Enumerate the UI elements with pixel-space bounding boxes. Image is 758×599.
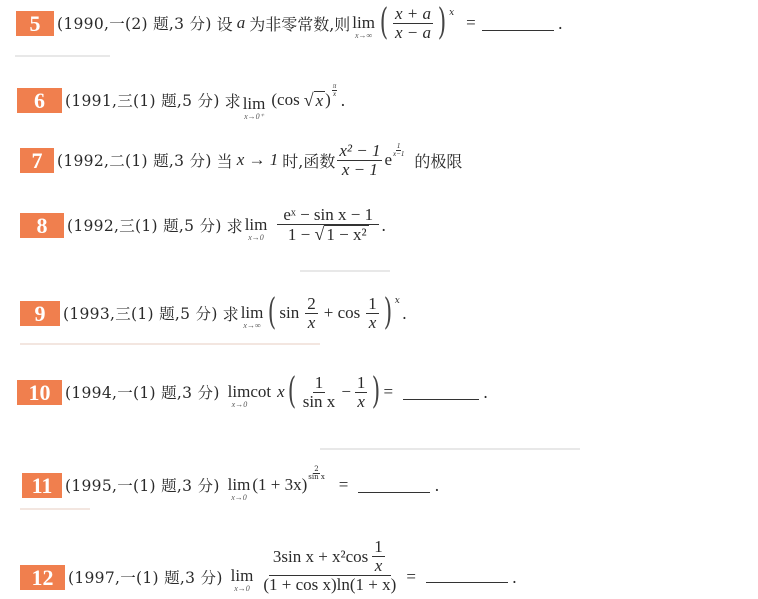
problem-number-badge: 10 [17, 380, 62, 405]
problem-text: 求 [227, 214, 243, 237]
sqrt-arg: 1 − x² [324, 225, 368, 243]
denominator: x [306, 314, 318, 332]
period: . [340, 91, 345, 110]
period: . [402, 304, 407, 323]
fraction: 1 x [366, 295, 379, 332]
problem-source: (1992,三(1) 题,5 分) [67, 214, 222, 236]
left-paren: ( [380, 5, 388, 41]
exponent-fraction: 2 sin x [308, 466, 325, 481]
fraction: 1 x [355, 374, 368, 411]
limit-operator: lim x→0 [228, 476, 251, 502]
equals-sign: = [466, 13, 476, 33]
problem-number-badge: 7 [20, 148, 54, 173]
problem-text: 的极限 [414, 149, 462, 172]
numerator: x² − 1 [337, 142, 382, 161]
sqrt: √x [304, 91, 325, 109]
sin-label: sin [279, 303, 299, 323]
period: . [512, 568, 517, 587]
problem-9: 9 (1993,三(1) 题,5 分) 求 lim x→∞ ( sin 2 x … [20, 288, 407, 338]
denominator: (1 + cos x)ln(1 + x) [261, 576, 398, 594]
lim-label: lim [241, 304, 264, 321]
denominator: 1 − √1 − x² [286, 225, 371, 244]
limit-operator: lim x→0⁺ [243, 95, 266, 121]
right-paren: ) [384, 295, 392, 331]
period: . [558, 14, 563, 33]
lim-label: lim [231, 567, 254, 584]
period: . [434, 476, 439, 495]
problem-number-badge: 8 [20, 213, 64, 238]
problem-source: (1995,一(1) 题,3 分) [65, 474, 220, 496]
problem-text: 设 [217, 12, 233, 35]
limit-operator: limcot x→0 [228, 383, 271, 409]
problem-source: (1997,一(1) 题,3 分) [68, 566, 223, 588]
sqrt-arg: x [314, 91, 326, 109]
lim-subscript: x→0 [231, 493, 247, 502]
fraction: 3sin x + x²cos 1 x (1 + cos x)ln(1 + x) [261, 538, 398, 594]
problem-11: 11 (1995,一(1) 题,3 分) lim x→0 (1 + 3x) 2 … [22, 465, 439, 505]
numerator-text: 3sin x + x²cos [273, 548, 368, 566]
problem-5: 5 (1990,一(2) 题,3 分) 设 a 为非零常数,则 lim x→∞ … [16, 4, 563, 42]
problem-number-badge: 12 [20, 565, 65, 590]
bleed-artifact [20, 508, 90, 510]
exponent-fraction: 1 x−1 [393, 143, 404, 158]
limit-operator: lim x→0 [231, 567, 254, 593]
limit-operator: lim x→∞ [241, 304, 264, 330]
problem-6: 6 (1991,三(1) 题,5 分) 求 lim x→0⁺ (cos √x )… [17, 80, 345, 120]
plus-cos: + cos [324, 303, 361, 323]
fraction: 1 sin x [301, 374, 338, 411]
limit-operator: lim x→∞ [352, 14, 375, 40]
problem-source: (1990,一(2) 题,3 分) [57, 12, 212, 34]
exponent: x [395, 296, 400, 306]
exp-denominator: x [333, 91, 336, 98]
numerator: 3sin x + x²cos 1 x [269, 538, 391, 576]
problem-text: 当 [217, 149, 233, 172]
problem-8: 8 (1992,三(1) 题,5 分) 求 lim x→0 eˣ − sin x… [20, 200, 386, 250]
answer-blank[interactable] [403, 385, 479, 400]
problem-source: (1991,三(1) 题,5 分) [65, 89, 220, 111]
lim-subscript: x→0⁺ [244, 112, 264, 121]
bleed-artifact [300, 270, 390, 272]
problem-7: 7 (1992,二(1) 题,3 分) 当 x → 1 时,函数 x² − 1 … [20, 140, 462, 180]
lim-subscript: x→0 [234, 584, 250, 593]
condition: x → 1 [237, 150, 279, 170]
fraction: eˣ − sin x − 1 1 − √1 − x² [277, 206, 379, 244]
bleed-artifact [320, 448, 580, 450]
denominator: x − a [393, 24, 433, 42]
equals-sign: = [406, 567, 416, 587]
problem-source: (1992,二(1) 题,3 分) [57, 149, 212, 171]
left-paren: ( [268, 295, 276, 331]
problem-text: 求 [225, 89, 241, 112]
numerator: x + a [393, 5, 433, 24]
problem-source: (1993,三(1) 题,5 分) [63, 302, 218, 324]
problem-number-badge: 5 [16, 11, 54, 36]
numerator: 1 [313, 374, 326, 393]
denominator: sin x [301, 393, 338, 411]
numerator: 2 [305, 295, 318, 314]
denominator: x − 1 [340, 161, 380, 179]
exponent-fraction: π x [332, 83, 338, 98]
numerator: eˣ − sin x − 1 [277, 206, 379, 225]
fraction: 2 x [305, 295, 318, 332]
bleed-artifact [15, 55, 110, 57]
lim-subscript: x→∞ [243, 321, 260, 330]
problem-12: 12 (1997,一(1) 题,3 分) lim x→0 3sin x + x²… [20, 535, 517, 597]
left-paren: ( [287, 374, 295, 410]
variable-a: a [237, 13, 246, 33]
minus-sign: − [341, 382, 351, 402]
bleed-artifact [20, 343, 320, 345]
exponent: x [449, 8, 454, 18]
problem-number-badge: 6 [17, 88, 62, 113]
lim-subscript: x→0 [232, 400, 248, 409]
problem-10: 10 (1994,一(1) 题,3 分) limcot x→0 x ( 1 si… [17, 370, 488, 414]
problem-number-badge: 11 [22, 473, 62, 498]
denominator: x [355, 393, 367, 411]
exp-base: e [384, 150, 392, 170]
inner-numerator: 1 [372, 538, 385, 557]
problem-text: 为非零常数,则 [249, 12, 350, 35]
inner-denominator: x [373, 557, 385, 575]
limit-body: (1 + 3x) [252, 475, 307, 495]
right-paren: ) [438, 5, 446, 41]
numerator: 1 [355, 374, 368, 393]
fraction: x + a x − a [393, 5, 433, 42]
denominator: x [367, 314, 379, 332]
lim-label: lim [352, 14, 375, 31]
lim-label: lim [243, 95, 266, 112]
equals-sign: = [339, 475, 349, 495]
period: . [381, 216, 386, 235]
problem-source: (1994,一(1) 题,3 分) [65, 381, 220, 403]
problem-text: 求 [223, 302, 239, 325]
lim-label: lim [245, 216, 268, 233]
answer-blank[interactable] [426, 568, 508, 583]
limit-operator: lim x→0 [245, 216, 268, 242]
problem-text: 时,函数 [282, 149, 335, 172]
equals-sign: = [383, 382, 393, 402]
variable-x: x [277, 382, 285, 402]
lim-subscript: x→0 [248, 233, 264, 242]
answer-blank[interactable] [358, 478, 430, 493]
answer-blank[interactable] [482, 16, 554, 31]
denominator-prefix: 1 − [288, 225, 310, 244]
period: . [483, 383, 488, 402]
exp-denominator: sin x [308, 474, 325, 481]
lim-subscript: x→∞ [355, 31, 372, 40]
exp-denominator: x−1 [393, 151, 404, 158]
inner-fraction: 1 x [372, 538, 385, 575]
right-paren: ) [372, 374, 380, 410]
lim-label: limcot [228, 383, 271, 400]
close-paren: ) [325, 90, 331, 110]
fraction: x² − 1 x − 1 [337, 142, 382, 179]
lim-label: lim [228, 476, 251, 493]
numerator: 1 [366, 295, 379, 314]
problem-number-badge: 9 [20, 301, 60, 326]
cos-open: (cos [271, 90, 299, 110]
